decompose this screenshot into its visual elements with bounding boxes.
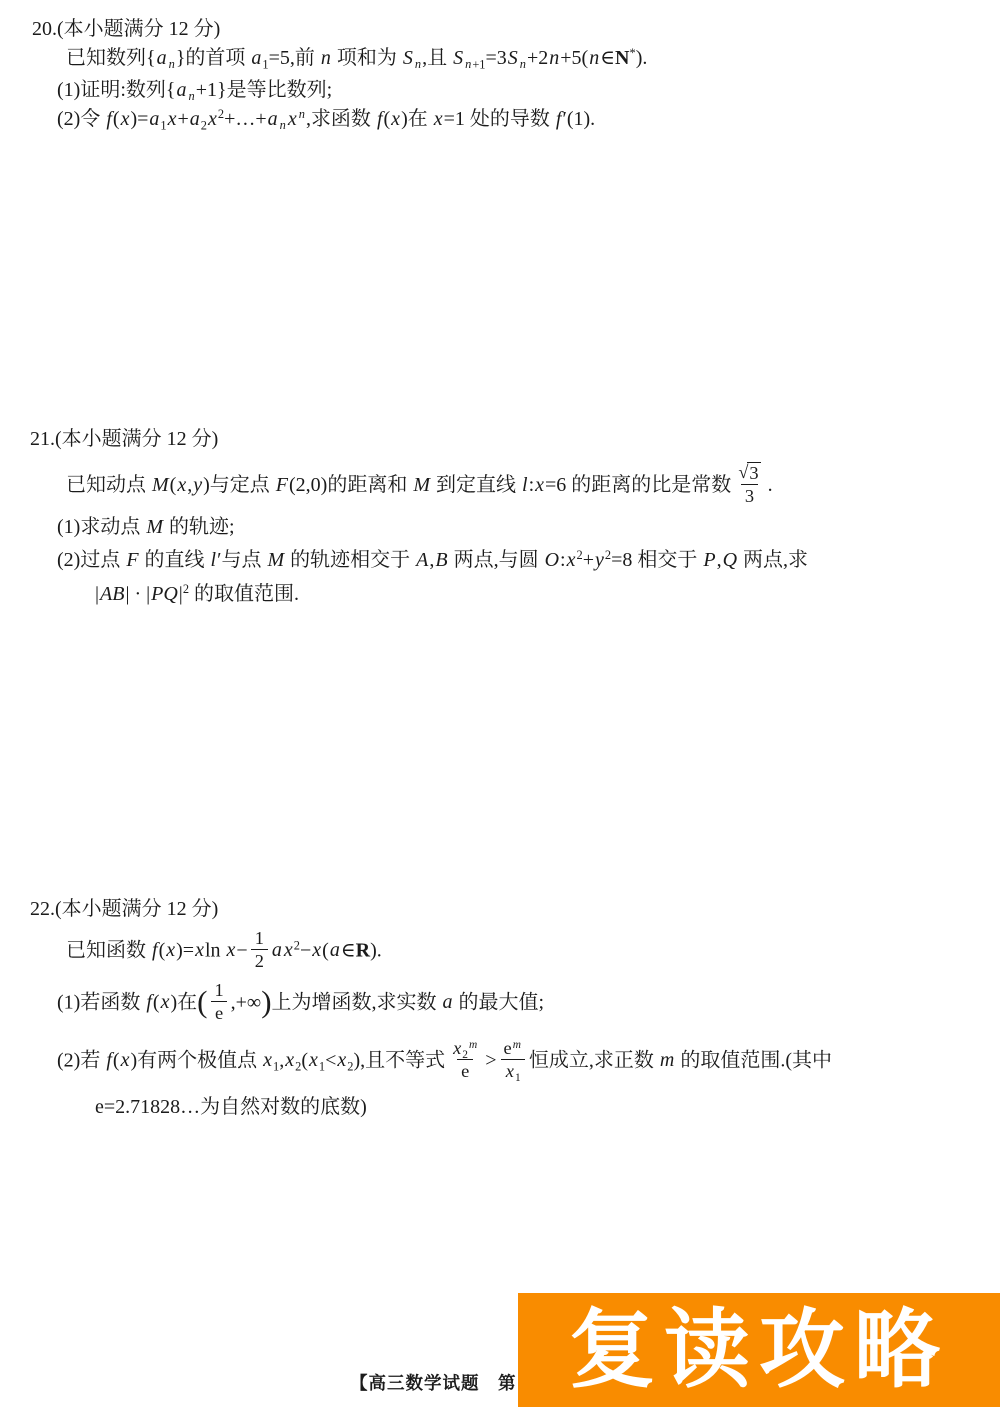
problem-20-line-3: (2)令 f(x)=a1x+a2x2+…+anxn,求函数 f(x)在 x=1 … xyxy=(57,106,595,132)
problem-22-heading: 22.(本小题满分 12 分) xyxy=(30,896,218,922)
problem-21-line-3: (2)过点 F 的直线 l′与点 M 的轨迹相交于 A,B 两点,与圆 O:x2… xyxy=(57,547,808,573)
promo-banner: 复读攻略 xyxy=(518,1293,1000,1407)
page-footer: 【高三数学试题 第 xyxy=(350,1370,517,1395)
problem-21-line-2: (1)求动点 M 的轨迹; xyxy=(57,514,235,540)
problem-21-line-4: |AB| · |PQ|2 的取值范围. xyxy=(95,581,299,607)
problem-20-line-1: 已知数列{an}的首项 a1=5,前 n 项和为 Sn,且 Sn+1=3Sn+2… xyxy=(66,45,647,71)
problem-22-line-3: (2)若 f(x)有两个极值点 x1,x2(x1<x2),且不等式x2me>em… xyxy=(57,1040,832,1083)
problem-22-line-4: e=2.71828…为自然对数的底数) xyxy=(95,1094,367,1120)
problem-20-heading: 20.(本小题满分 12 分) xyxy=(32,16,220,42)
promo-banner-text: 复读攻略 xyxy=(569,1307,949,1393)
problem-22-line-2: (1)若函数 f(x)在(1e,+∞)上为增函数,求实数 a 的最大值; xyxy=(57,982,544,1025)
problem-20-line-2: (1)证明:数列{an+1}是等比数列; xyxy=(57,77,332,103)
problem-21-line-1: 已知动点 M(x,y)与定点 F(2,0)的距离和 M 到定直线 l:x=6 的… xyxy=(66,464,773,508)
exam-page: 20.(本小题满分 12 分) 已知数列{an}的首项 a1=5,前 n 项和为… xyxy=(0,0,1000,1407)
problem-21-heading: 21.(本小题满分 12 分) xyxy=(30,426,218,452)
problem-22-line-1: 已知函数 f(x)=xln x−12ax2−x(a∈R). xyxy=(66,930,382,973)
